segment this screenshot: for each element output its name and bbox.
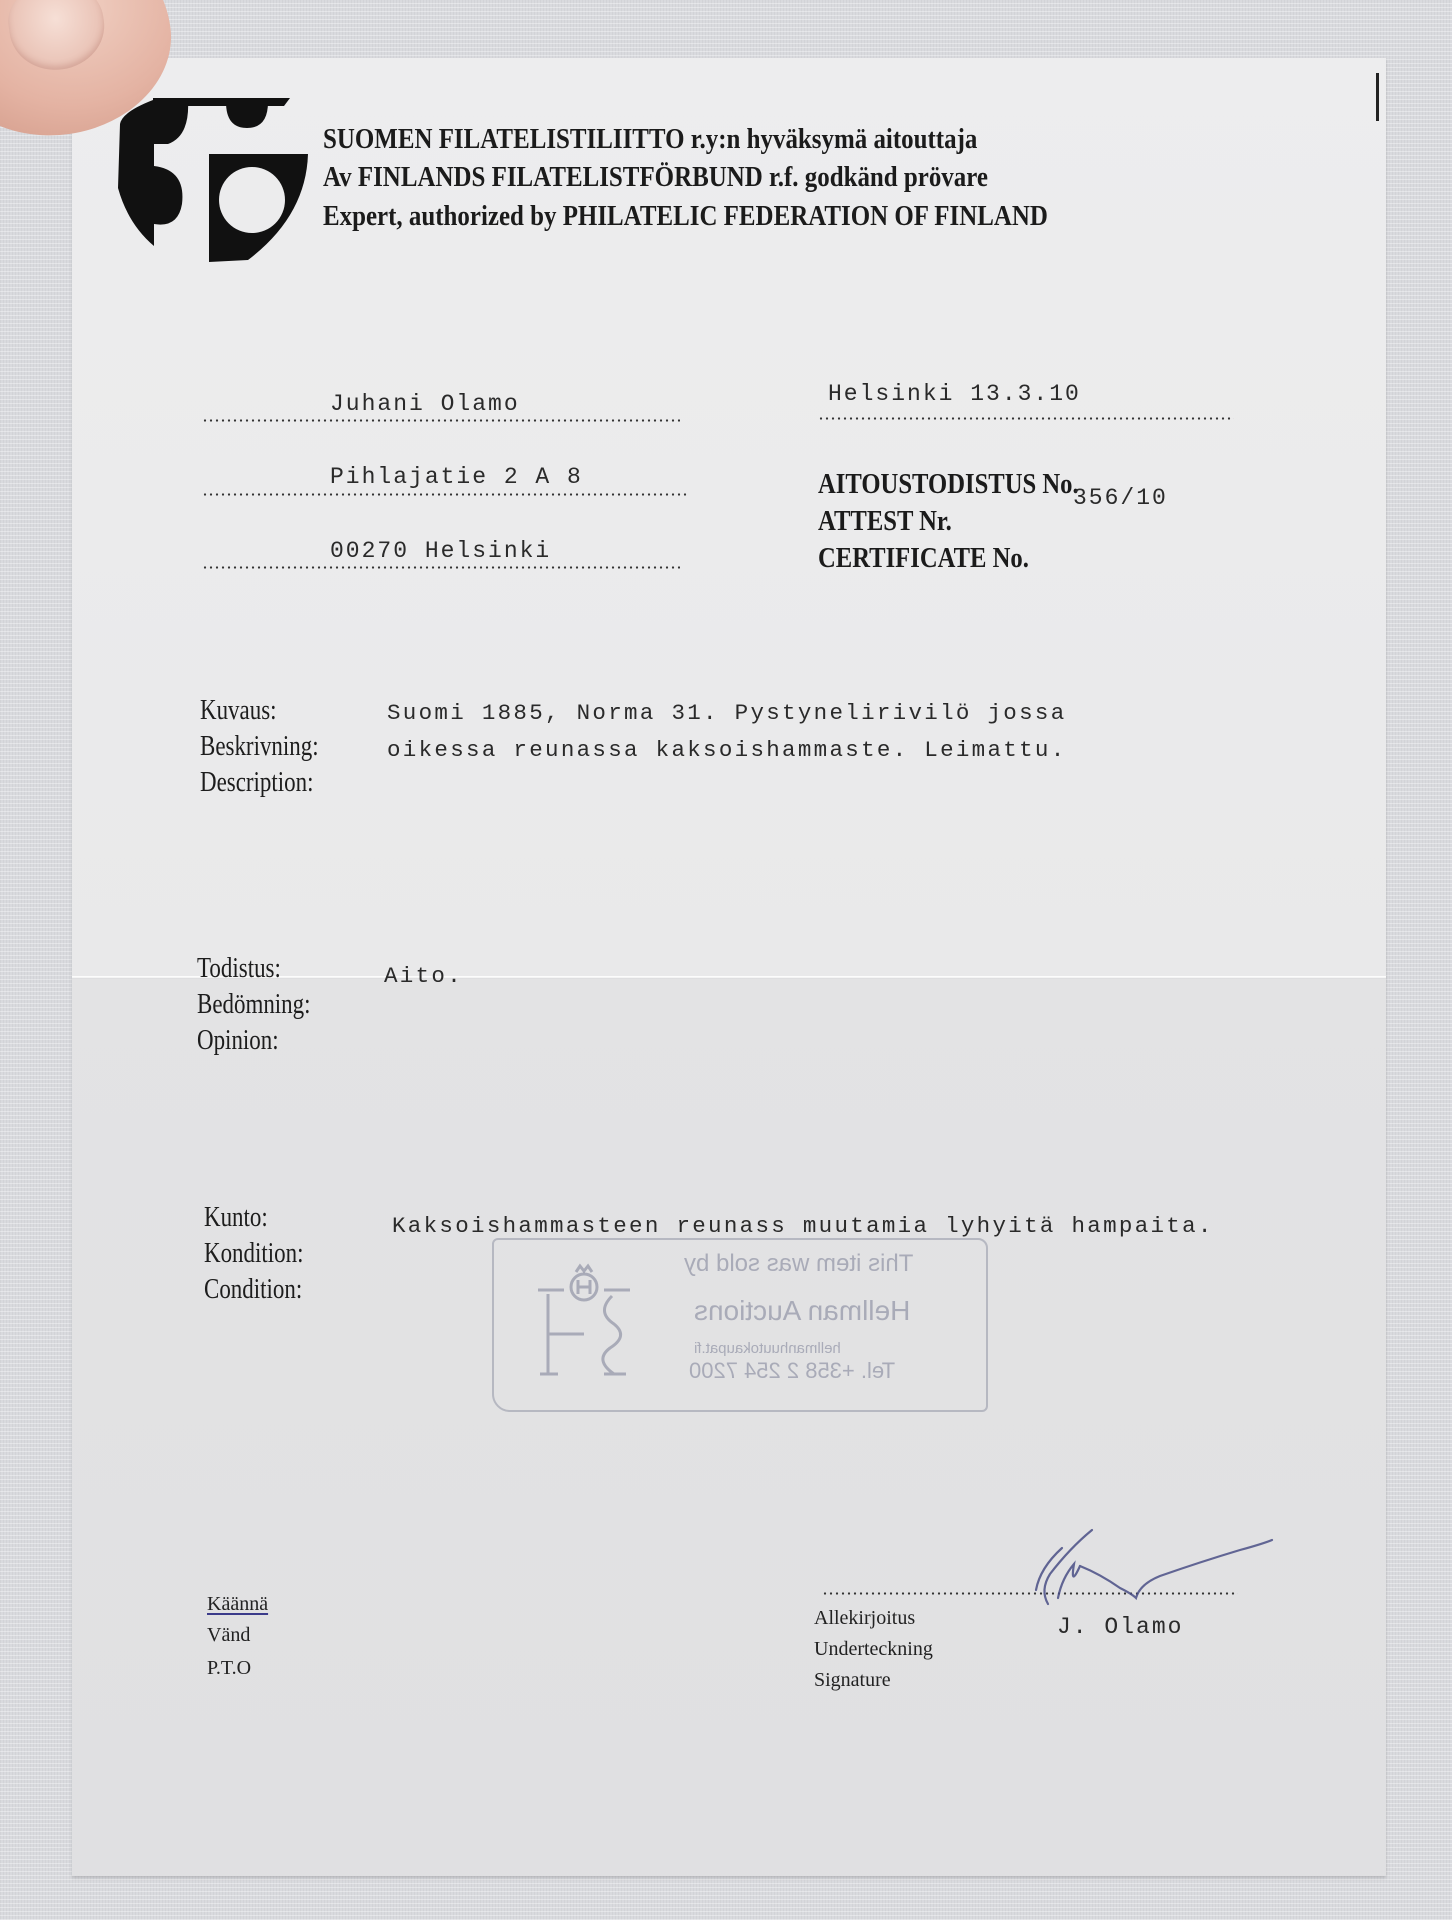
expert-postal-city: 00270 Helsinki: [330, 538, 551, 564]
opinion-value: Aito.: [384, 958, 463, 995]
expert-name: Juhani Olamo: [330, 391, 520, 417]
signer-name: J. Olamo: [1057, 1614, 1183, 1640]
stamp-line: This item was sold by: [684, 1250, 913, 1278]
opinion-labels: Todistus: Bedömning: Opinion:: [197, 951, 311, 1059]
place-date: Helsinki 13.3.10: [828, 381, 1081, 407]
header-line-fi: SUOMEN FILATELISTILIITTO r.y:n hyväksymä…: [323, 123, 977, 156]
signature-labels: Allekirjoitus Underteckning Signature: [814, 1603, 933, 1696]
description-line: Suomi 1885, Norma 31. Pystynelirivilö jo…: [387, 695, 1067, 732]
description-label-fi: Kuvaus:: [200, 693, 319, 729]
description-text: Suomi 1885, Norma 31. Pystynelirivilö jo…: [387, 695, 1067, 769]
hellman-h-logo-icon: [534, 1262, 634, 1382]
certificate-number: 356/10: [1073, 485, 1168, 511]
stamp-line: hellmanhuutokaupat.fi: [694, 1340, 841, 1357]
certificate-label-en: CERTIFICATE No.: [818, 540, 1079, 577]
dotted-line: [818, 417, 1234, 420]
philatelic-federation-logo-icon: [108, 96, 312, 264]
turn-over-en: P.T.O: [207, 1657, 251, 1680]
condition-label-fi: Kunto:: [204, 1200, 304, 1236]
dotted-line: [202, 493, 688, 496]
paper-lower-half: [72, 979, 1386, 1876]
expert-street: Pihlajatie 2 A 8: [330, 464, 583, 490]
opinion-label-en: Opinion:: [197, 1023, 311, 1059]
opinion-label-sv: Bedömning:: [197, 987, 311, 1023]
description-label-sv: Beskrivning:: [200, 729, 319, 765]
signature-label-en: Signature: [814, 1665, 933, 1696]
condition-labels: Kunto: Kondition: Condition:: [204, 1200, 304, 1308]
stamp-line: Hellman Auctions: [694, 1295, 910, 1327]
signature-label-fi: Allekirjoitus: [814, 1603, 933, 1634]
certificate-paper: SUOMEN FILATELISTILIITTO r.y:n hyväksymä…: [72, 58, 1386, 1876]
stamp-line: Tel. +358 2 254 7200: [689, 1358, 895, 1384]
description-label-en: Description:: [200, 765, 319, 801]
certificate-label-sv: ATTEST Nr.: [818, 503, 1079, 540]
condition-label-sv: Kondition:: [204, 1236, 304, 1272]
certificate-label-fi: AITOUSTODISTUS No.: [818, 466, 1079, 503]
fingernail: [4, 0, 110, 76]
auction-stamp-showthrough: This item was sold by Hellman Auctions h…: [492, 1238, 988, 1412]
certificate-number-label: AITOUSTODISTUS No. ATTEST Nr. CERTIFICAT…: [818, 466, 1079, 577]
header-line-sv: Av FINLANDS FILATELISTFÖRBUND r.f. godkä…: [323, 161, 988, 194]
fold-mark: [1376, 73, 1379, 121]
turn-over-sv: Vänd: [207, 1624, 250, 1647]
description-line: oikessa reunassa kaksoishammaste. Leimat…: [387, 732, 1067, 769]
opinion-label-fi: Todistus:: [197, 951, 311, 987]
header-line-en: Expert, authorized by PHILATELIC FEDERAT…: [323, 200, 1048, 233]
dotted-line: [202, 419, 680, 422]
condition-label-en: Condition:: [204, 1272, 304, 1308]
signature-label-sv: Underteckning: [814, 1634, 933, 1665]
description-labels: Kuvaus: Beskrivning: Description:: [200, 693, 319, 801]
turn-over-fi: Käännä: [207, 1593, 268, 1616]
dotted-line: [202, 566, 680, 569]
